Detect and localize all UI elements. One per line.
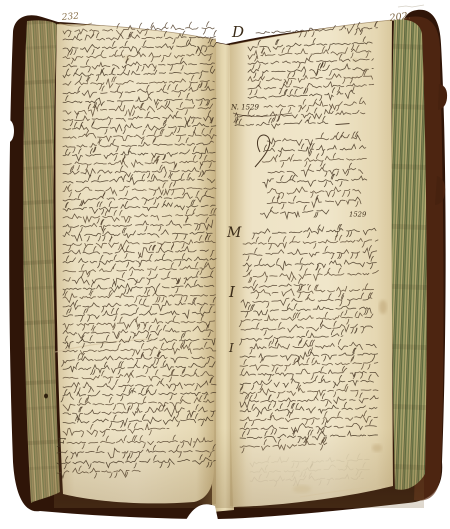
bottom-vignette: [54, 428, 424, 508]
initial-letter: M: [226, 225, 242, 241]
initial-letter: I: [228, 283, 236, 301]
initial-letter: I: [228, 341, 234, 355]
spine-notch: [4, 120, 14, 142]
page-edges-right: [391, 20, 426, 490]
manuscript-photo: F DN. 15291529MII 232 202.: [0, 0, 450, 529]
folio-number-left: 232: [60, 12, 79, 24]
initial-letter: F: [56, 436, 66, 450]
marginal-heading: N. 1529: [230, 104, 259, 112]
open-codex: F DN. 15291529MII 232 202.: [0, 0, 450, 529]
initial-letter: D: [231, 23, 244, 41]
entry-year: 1529: [349, 210, 367, 218]
